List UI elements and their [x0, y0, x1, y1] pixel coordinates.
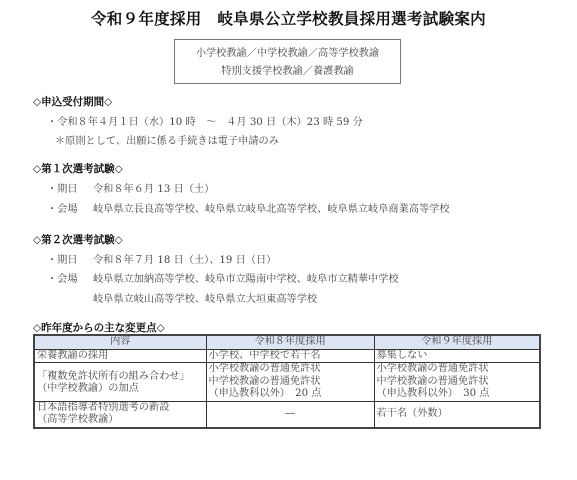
application-period-heading: ◇申込受付期間◇ [33, 94, 112, 109]
cell-r8: 小学校教諭の普通免許状 中学校教諭の普通免許状 （申込教科以外） 20 点 [206, 363, 374, 402]
page-title: 令和９年度採用 岐阜県公立学校教員採用選考試験案内 [0, 7, 577, 29]
cell-r8: ― [206, 401, 374, 428]
first-exam-heading: ◇第１次選考試験◇ [33, 161, 123, 176]
cell-content: 栄養教諭の採用 [34, 349, 206, 363]
application-note: ＊原則として、出願に係る手続きは電子申請のみ [55, 132, 279, 147]
header-r8: 令和８年度採用 [206, 335, 374, 349]
first-exam-venue-row: ・会場岐阜県立長良高等学校、岐阜県立岐阜北高等学校、岐阜県立岐阜商業高等学校 [47, 200, 450, 215]
second-exam-date-value: 令和８年７月 18 日（土）、19 日（日） [93, 255, 276, 266]
second-exam-heading: ◇第２次選考試験◇ [33, 232, 123, 247]
cell-content: 「複数免許状所有の組み合わせ」 （中学校教諭）の加点 [34, 363, 206, 402]
second-exam-venue-label: ・会場 [47, 270, 93, 285]
second-exam-venue-row: ・会場岐阜県立加納高等学校、岐阜市立陽南中学校、岐阜市立精華中学校 [47, 270, 399, 285]
subjects-line-1: 小学校教諭／中学校教諭／高等学校教諭 [175, 45, 400, 63]
second-exam-date-row: ・期日令和８年７月 18 日（土）、19 日（日） [47, 251, 276, 266]
table-row: 「複数免許状所有の組み合わせ」 （中学校教諭）の加点 小学校教諭の普通免許状 中… [34, 363, 540, 402]
second-exam-venue-value-1: 岐阜県立加納高等学校、岐阜市立陽南中学校、岐阜市立精華中学校 [93, 274, 399, 285]
application-period-dates: ・令和８年４月１日（水）10 時 ～ ４月 30 日（木）23 時 59 分 [47, 113, 363, 128]
second-exam-date-label: ・期日 [47, 251, 93, 266]
cell-r9: 小学校教諭の普通免許状 中学校教諭の普通免許状 （申込教科以外） 30 点 [374, 363, 540, 402]
first-exam-venue-value: 岐阜県立長良高等学校、岐阜県立岐阜北高等学校、岐阜県立岐阜商業高等学校 [93, 204, 450, 215]
table-row: 栄養教諭の採用 小学校、中学校で若干名 募集しない [34, 349, 540, 363]
target-subjects-box: 小学校教諭／中学校教諭／高等学校教諭 特別支援学校教諭／養護教諭 [174, 39, 401, 84]
changes-heading: ◇昨年度からの主な変更点◇ [33, 320, 165, 335]
header-r9: 令和９年度採用 [374, 335, 540, 349]
first-exam-venue-label: ・会場 [47, 200, 93, 215]
cell-r9: 若干名（外数） [374, 401, 540, 428]
first-exam-date-row: ・期日令和８年６月 13 日（土） [47, 180, 214, 195]
cell-r9: 募集しない [374, 349, 540, 363]
cell-r8: 小学校、中学校で若干名 [206, 349, 374, 363]
cell-content: 日本語指導者特別選考の新設 （高等学校教諭） [34, 401, 206, 428]
header-content: 内容 [34, 335, 206, 349]
table-header-row: 内容 令和８年度採用 令和９年度採用 [34, 335, 540, 349]
first-exam-date-value: 令和８年６月 13 日（土） [93, 184, 214, 195]
second-exam-venue-value-2: 岐阜県立岐山高等学校、岐阜県立大垣東高等学校 [93, 290, 317, 305]
table-row: 日本語指導者特別選考の新設 （高等学校教諭） ― 若干名（外数） [34, 401, 540, 428]
subjects-line-2: 特別支援学校教諭／養護教諭 [175, 63, 400, 81]
changes-table: 内容 令和８年度採用 令和９年度採用 栄養教諭の採用 小学校、中学校で若干名 募… [33, 334, 541, 429]
first-exam-date-label: ・期日 [47, 180, 93, 195]
